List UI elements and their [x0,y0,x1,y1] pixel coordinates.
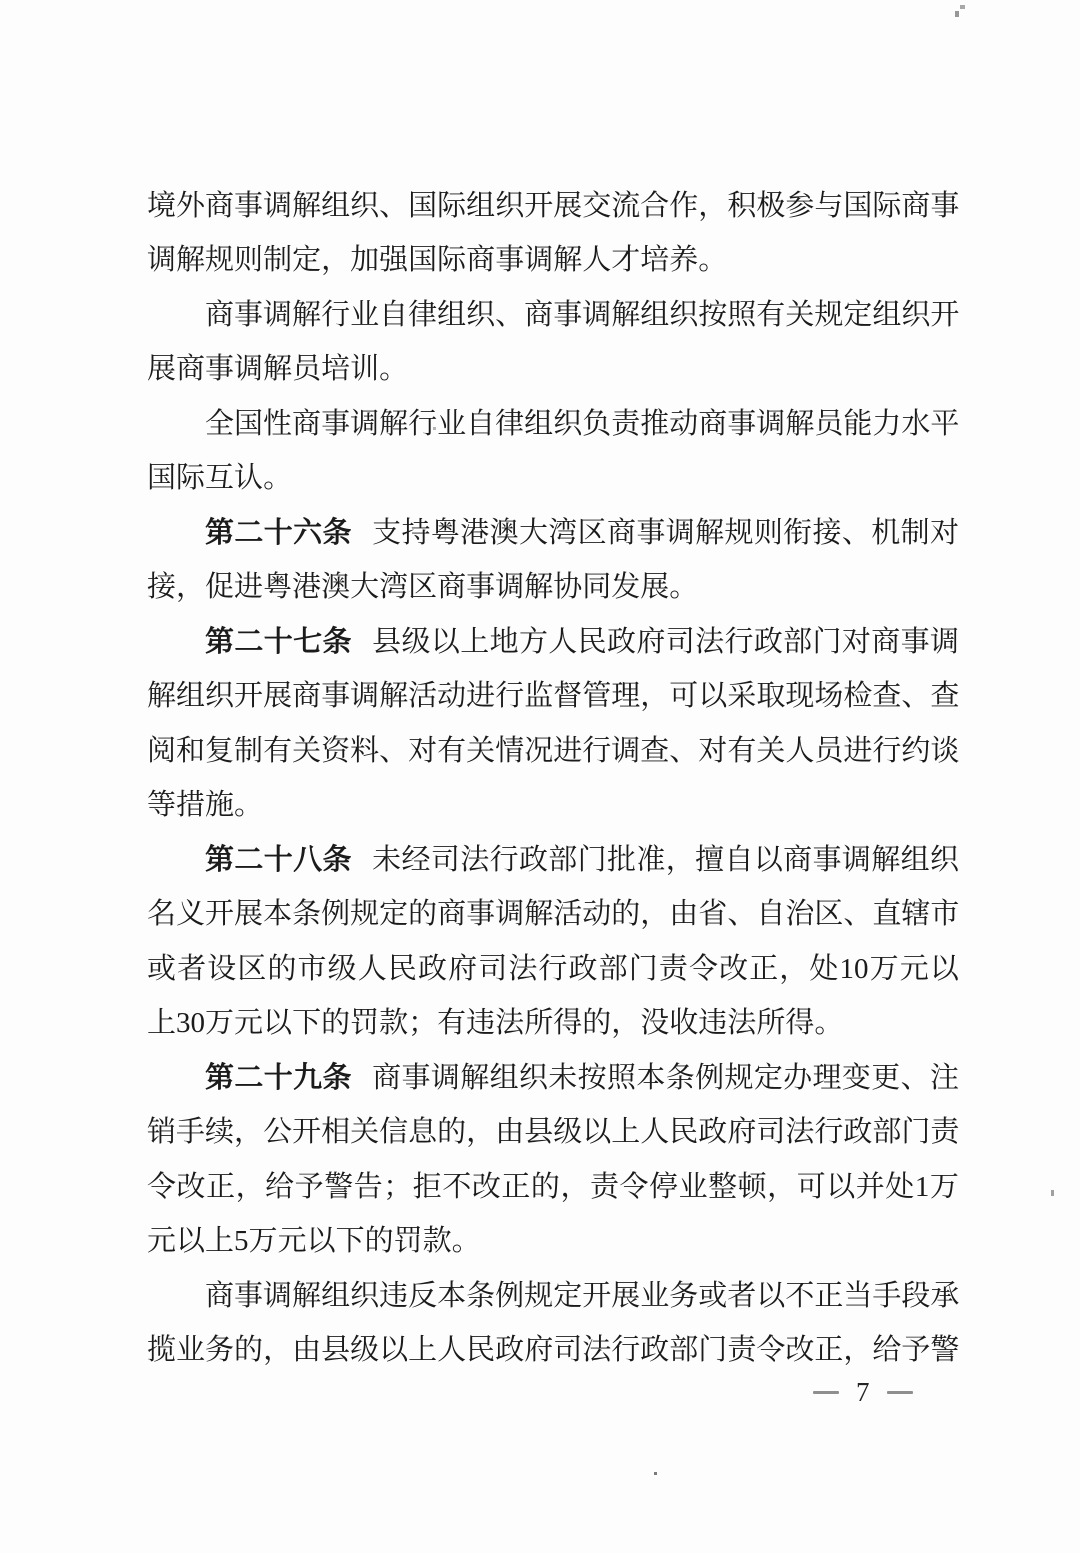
text-token: ， [640,682,669,711]
text-token: 组 [640,301,669,330]
text-token: 支 [372,519,401,548]
text-token: 责 [727,1336,756,1365]
text-token: 人 [640,1118,669,1147]
text-token: 、 [842,519,871,548]
text-token: 元 [234,1009,263,1038]
text-token: 府 [636,628,665,657]
text-token: 自 [466,410,495,439]
text-token: 10 [840,955,869,984]
text-token: 停 [649,1173,678,1202]
text-token: 顿 [738,1173,767,1202]
text-token: 澳 [490,519,519,548]
text-token: 澳 [321,573,350,602]
text-token: 、 [379,192,408,221]
text-token: 地 [490,628,519,657]
text-token: 理 [611,682,640,711]
text-token: 。 [234,791,263,820]
text-token: 的 [267,955,296,984]
text-token: 对 [698,737,727,766]
text-token: 司 [431,846,460,875]
text-token: 并 [856,1173,885,1202]
text-token: 自 [379,301,408,330]
text-token: 解 [176,246,205,275]
text-token: 解 [263,355,292,384]
text-token: 以 [263,1009,292,1038]
scan-speck [1051,1190,1054,1196]
text-line: 销手续，公开相关信息的，由县级以上人民政府司法行政部门责 [147,1106,959,1161]
text-token: ， [234,1118,263,1147]
text-token: 责 [611,410,640,439]
text-token: 义 [176,900,205,929]
text-token: 予 [295,1173,324,1202]
text-token: 协 [553,573,582,602]
text-token: 阅 [147,737,176,766]
text-token: 段 [901,1282,930,1311]
text-token: 款 [423,1227,452,1256]
text-token: 政 [569,955,598,984]
text-token: 展 [147,355,176,384]
text-token: 的 [531,1173,560,1202]
text-token: 行 [582,737,611,766]
document-body: 境外商事调解组织、国际组织开展交流合作，积极参与国际商事调解规则制定，加强国际商… [147,179,959,1378]
text-token: 解 [292,301,321,330]
text-token: 展 [234,900,263,929]
text-token: 织 [350,192,379,221]
text-token: 行 [611,1336,640,1365]
text-token: 门 [698,1336,727,1365]
text-token: 开 [524,192,553,221]
text-token: 上 [460,628,489,657]
text-token: 所 [524,1009,553,1038]
text-token: 由 [292,1336,321,1365]
text-token: 以 [756,1282,785,1311]
text-token: 处 [809,955,838,984]
text-token: 没 [640,1009,669,1038]
text-token: 港 [460,519,489,548]
text-token: 变 [842,1064,871,1093]
text-token: 府 [448,955,477,984]
article-number-token: 十 [264,1064,293,1093]
text-token: 况 [524,737,553,766]
text-token: 调 [350,410,379,439]
text-token: 以 [379,1336,408,1365]
text-token: 取 [756,682,785,711]
text-token: 场 [814,682,843,711]
text-token: 有 [437,1009,466,1038]
text-token: 商 [466,246,495,275]
text-token: 定 [754,1064,783,1093]
text-token: 际 [437,192,466,221]
text-token: 展 [640,573,669,602]
text-token: 正 [206,1173,235,1202]
text-token: ， [611,1009,640,1038]
text-token: 关 [785,301,814,330]
text-token: 部 [548,846,577,875]
text-token: 级 [350,1336,379,1365]
text-token: 区 [814,900,843,929]
text-token: 商 [205,1282,234,1311]
text-token: 检 [843,682,872,711]
text-token: 万 [930,1173,959,1202]
scan-speck [960,5,965,9]
text-token: 行 [321,301,350,330]
text-token: 商 [437,900,466,929]
text-token: 30 [176,1009,205,1038]
text-token: 未 [372,846,401,875]
text-token: 认 [234,464,263,493]
text-token: 续 [205,1118,234,1147]
text-token: 资 [321,737,350,766]
text-token: 级 [328,955,357,984]
text-token: 司 [553,1336,582,1365]
text-token: 事 [321,682,350,711]
text-token: 、 [379,737,408,766]
text-token: 情 [495,737,524,766]
text-token: 万 [249,1227,278,1256]
text-token: 开 [930,301,959,330]
text-token: 规 [724,519,753,548]
text-token: 给 [872,1336,901,1365]
article-number-token: 第 [205,628,234,657]
text-token: 织 [553,410,582,439]
text-token: 的 [234,1336,263,1365]
text-token: 5 [234,1227,249,1256]
text-token: 反 [408,1282,437,1311]
text-token: 的 [408,900,437,929]
text-token: 相 [321,1118,350,1147]
text-token: 际 [437,246,466,275]
text-token: 组 [321,192,350,221]
text-token: 调 [495,900,524,929]
text-token: 更 [871,1064,900,1093]
text-token: 法 [785,1118,814,1147]
text-token: 才 [611,246,640,275]
text-token: 训 [350,355,379,384]
text-token: 1 [915,1173,930,1202]
article-number-token: 第 [205,519,234,548]
text-token: 组 [437,301,466,330]
text-token: 由 [669,900,698,929]
text-token: 元 [900,955,929,984]
text-token: 法 [460,846,489,875]
article-number-token: 二 [234,1064,263,1093]
text-token: 强 [379,246,408,275]
text-token: 、 [495,301,524,330]
text-line: 名义开展本条例规定的商事调解活动的，由省、自治区、直辖市 [147,888,959,943]
text-token: 调 [350,682,379,711]
text-token: 条 [666,1064,695,1093]
text-token: ， [560,1173,589,1202]
text-token: 国 [408,192,437,221]
text-token: 有 [756,301,785,330]
article-number-token: 八 [293,846,322,875]
text-token: 改 [785,1336,814,1365]
text-token: 所 [756,1009,785,1038]
text-token: 大 [350,573,379,602]
text-token: 例 [695,1064,724,1093]
text-token: 互 [205,464,234,493]
text-token: ， [666,846,695,875]
text-token: 规 [814,301,843,330]
text-token: 湾 [379,573,408,602]
text-token: 令 [620,1173,649,1202]
text-token: 以 [754,846,783,875]
text-token: 令 [689,955,718,984]
text-token: 料 [350,737,379,766]
text-token: 区 [237,955,266,984]
text-token: 得 [785,1009,814,1038]
text-line: 或者设区的市级人民政府司法行政部门责令改正，处10万元以 [147,942,959,997]
text-token: 调 [842,846,871,875]
text-token: 告 [354,1173,383,1202]
text-token: 定 [553,1282,582,1311]
text-token: 组 [490,1064,519,1093]
text-token: 加 [350,246,379,275]
text-token: 开 [205,900,234,929]
text-token: 部 [599,955,628,984]
text-token: 责 [590,1173,619,1202]
text-line: 阅和复制有关资料、对有关情况进行调查、对有关人员进行约谈 [147,724,959,779]
text-token: 动 [669,410,698,439]
text-token: 警 [930,1336,959,1365]
text-token: 承 [930,1282,959,1311]
text-token: 例 [321,900,350,929]
text-line: 令改正，给予警告；拒不改正的，责令停业整顿，可以并处1万 [147,1160,959,1215]
text-token: 者 [177,955,206,984]
text-token: 外 [176,192,205,221]
text-token: 政 [698,1118,727,1147]
text-token: 未 [548,1064,577,1093]
text-token: 改 [719,955,748,984]
text-token: 进 [466,682,495,711]
text-token: 调 [582,301,611,330]
text-token: 持 [402,519,431,548]
text-token: 注 [930,1064,959,1093]
text-token: 动 [437,682,466,711]
text-token: 商 [292,410,321,439]
text-token: 织 [669,301,698,330]
text-token: 以 [307,1227,336,1256]
text-token: 事 [901,628,930,657]
text-token: 商 [205,301,234,330]
text-token: 令 [756,1336,785,1365]
text-token: 办 [783,1064,812,1093]
article-number-token: 第 [205,846,234,875]
article-number-token: 七 [293,628,322,657]
article-number-token: 条 [322,519,351,548]
text-token: 开 [234,682,263,711]
text-line: 展商事调解员培训。 [147,343,959,398]
text-token: 政 [754,628,783,657]
text-token: 规 [524,1282,553,1311]
text-token: 制 [234,737,263,766]
text-token: 组 [524,410,553,439]
text-token: 机 [871,519,900,548]
text-token: 交 [582,192,611,221]
text-token: 事 [553,301,582,330]
text-token: 合 [640,192,669,221]
text-token: ， [640,900,669,929]
text-token: 规 [205,246,234,275]
text-token: 港 [292,573,321,602]
text-token: 条 [466,1282,495,1311]
text-token: 事 [466,573,495,602]
text-token: 违 [698,1009,727,1038]
text-token: 调 [495,573,524,602]
text-token: 予 [901,1336,930,1365]
text-token: 力 [872,410,901,439]
text-token: 行 [490,846,519,875]
text-token: 织 [350,1282,379,1311]
text-token: 事 [234,192,263,221]
text-token: 或 [698,1282,727,1311]
text-token: 业 [437,410,466,439]
text-token: 负 [582,410,611,439]
text-token: 员 [814,410,843,439]
text-token: 拒 [413,1173,442,1202]
scan-speck [433,427,436,430]
text-token: ； [383,1173,412,1202]
text-token: 事 [727,410,756,439]
text-token: 能 [843,410,872,439]
text-token: 施 [205,791,234,820]
text-token: 参 [785,192,814,221]
text-token: 务 [669,1282,698,1311]
text-token: 、 [843,900,872,929]
text-token: 解 [524,900,553,929]
text-token: 上 [205,1227,234,1256]
text-token: 罚 [350,1009,379,1038]
text-token: 解 [147,682,176,711]
text-token: 推 [640,410,669,439]
text-token: 开 [292,1118,321,1147]
text-token: ， [176,573,205,602]
text-token: 司 [756,1118,785,1147]
text-line: 商事调解组织违反本条例规定开展业务或者以不正当手段承 [147,1269,959,1324]
text-token: 照 [607,1064,636,1093]
text-token: 以 [826,1173,855,1202]
article-number-token: 条 [322,628,351,657]
text-token: 人 [582,246,611,275]
text-line: 调解规则制定，加强国际商事调解人才培养。 [147,234,959,289]
text-token: 手 [176,1118,205,1147]
text-token: 政 [640,1336,669,1365]
text-token: 本 [636,1064,665,1093]
text-token: 解 [553,246,582,275]
text-token: 市 [298,955,327,984]
text-token: 调 [611,737,640,766]
text-token: 有 [437,737,466,766]
text-token: ， [263,1336,292,1365]
text-token: 对 [842,628,871,657]
text-token: 国 [234,410,263,439]
text-token: 上 [611,1118,640,1147]
text-token: 人 [785,737,814,766]
text-token: 。 [263,464,292,493]
text-token: 的 [611,900,640,929]
text-token: 调 [263,1282,292,1311]
text-token: 解 [292,1282,321,1311]
text-token: 措 [176,791,205,820]
article-number-token: 二 [234,846,263,875]
text-token: 部 [872,1118,901,1147]
text-token: 手 [872,1282,901,1311]
text-token: 、 [727,900,756,929]
text-token: 活 [553,900,582,929]
text-token: 部 [783,628,812,657]
text-token: 定 [292,246,321,275]
text-token: 法 [508,955,537,984]
text-token: 市 [930,900,959,929]
text-line: 接，促进粤港澳大湾区商事调解协同发展。 [147,561,959,616]
text-line: 上30万元以下的罚款；有违法所得的，没收违法所得。 [147,997,959,1052]
text-token: 关 [756,737,785,766]
page-number: 7 [813,1376,913,1408]
text-token: 事 [205,355,234,384]
text-line: 第二十九条商事调解组织未按照本条例规定办理变更、注 [147,1051,959,1106]
text-token: 有 [263,737,292,766]
text-token: 组 [901,846,930,875]
text-token: 解 [379,682,408,711]
text-token: 接 [147,573,176,602]
text-token: 批 [607,846,636,875]
text-line: 全国性商事调解行业自律组织负责推动商事调解员能力水平 [147,397,959,452]
text-token: 查 [930,682,959,711]
text-token: 方 [519,628,548,657]
text-token: 不 [442,1173,471,1202]
text-token: 织 [495,192,524,221]
article-number-token: 十 [264,846,293,875]
text-token: 复 [205,737,234,766]
text-token: 以 [930,955,959,984]
text-token: 省 [698,900,727,929]
text-token: ， [466,1118,495,1147]
text-token: 有 [727,737,756,766]
text-token: 约 [901,737,930,766]
text-line: 国际互认。 [147,452,959,507]
text-token: 事 [402,1064,431,1093]
text-token: 擅 [695,846,724,875]
text-token: 区 [578,519,607,548]
text-token: 政 [607,628,636,657]
text-token: 按 [578,1064,607,1093]
text-token: 解 [460,1064,489,1093]
text-token: 正 [749,955,778,984]
text-token: 门 [629,955,658,984]
text-token: 自 [756,900,785,929]
text-token: 调 [930,628,959,657]
text-token: 按 [698,301,727,330]
text-token: 调 [666,519,695,548]
text-token: 行 [872,737,901,766]
text-token: 商 [698,410,727,439]
text-token: 流 [611,192,640,221]
text-token: 展 [553,192,582,221]
text-token: 律 [495,410,524,439]
text-token: 当 [843,1282,872,1311]
text-token: 动 [582,900,611,929]
text-token: 大 [519,519,548,548]
text-token: 关 [292,737,321,766]
text-token: 改 [177,1173,206,1202]
text-token: 款 [379,1009,408,1038]
text-token: 以 [176,1227,205,1256]
text-token: 自 [724,846,753,875]
text-token: 不 [785,1282,814,1311]
text-token: 粤 [431,519,460,548]
text-token: 下 [336,1227,365,1256]
text-token: 门 [901,1118,930,1147]
